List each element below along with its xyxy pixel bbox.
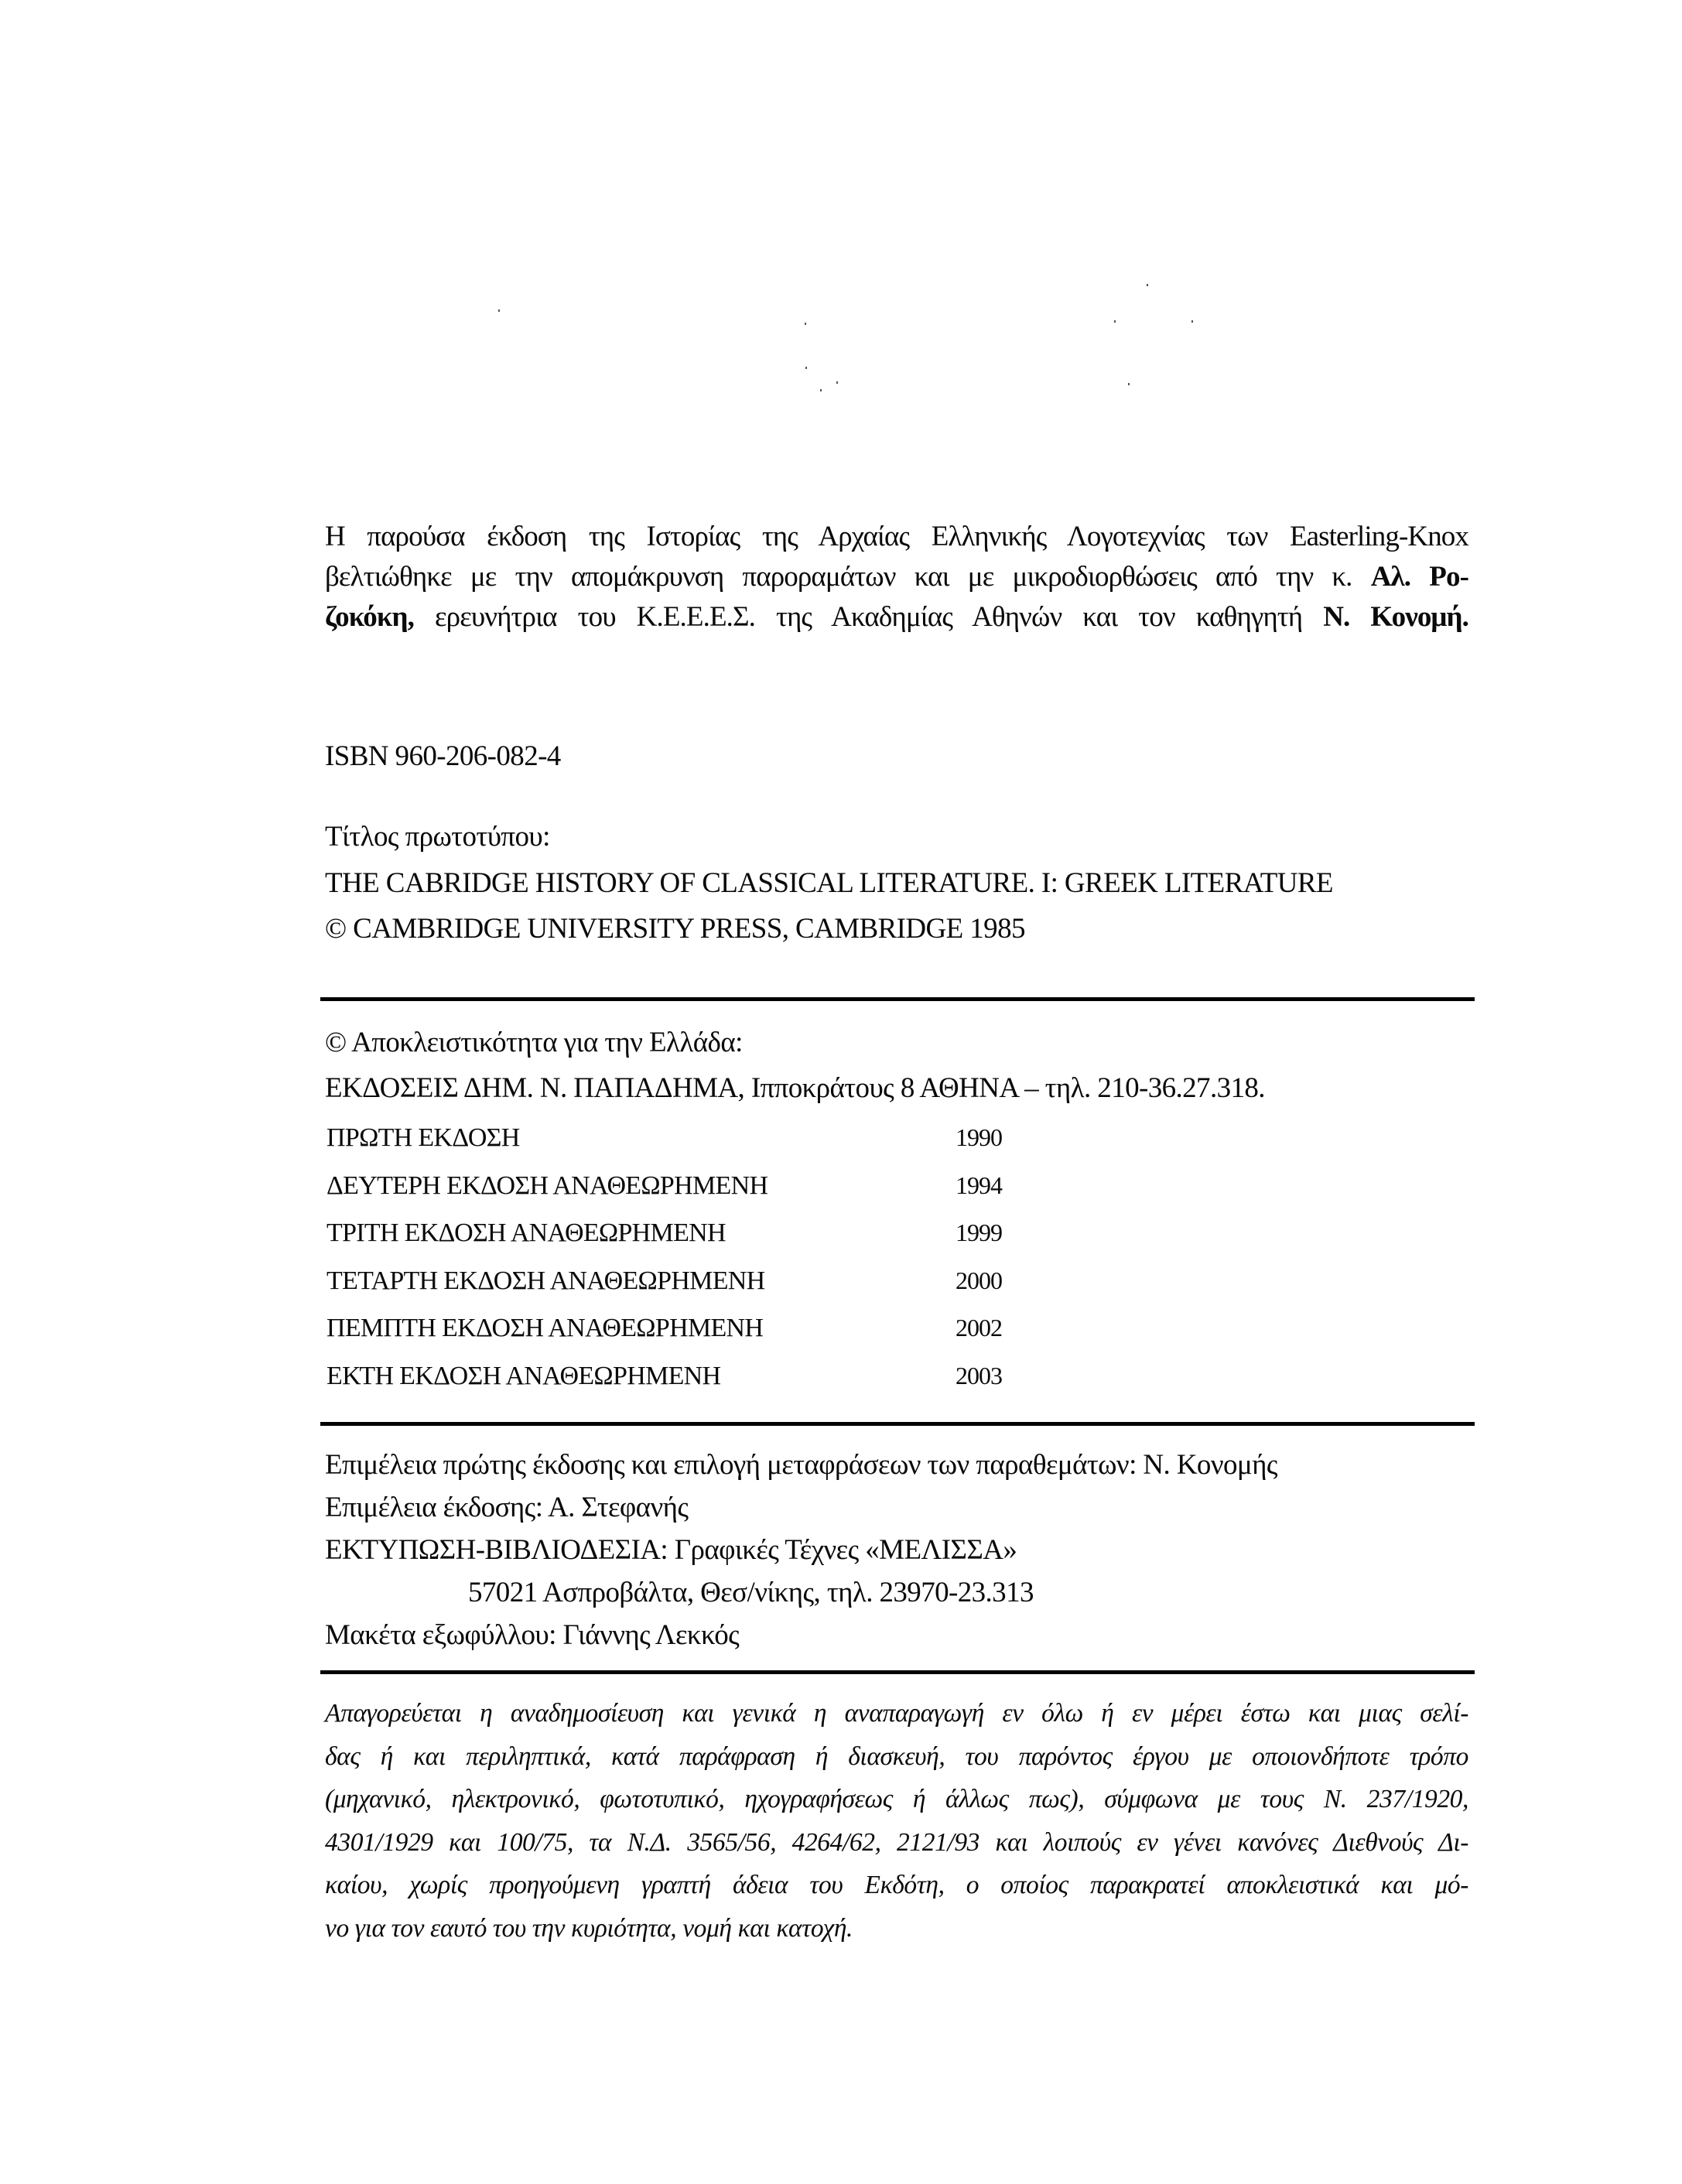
scan-speck (1191, 320, 1193, 323)
edition-name: ΔΕΥΤΕΡΗ ΕΚΔΟΣΗ ΑΝΑΘΕΩΡΗΜΕΝΗ (326, 1162, 767, 1210)
edition-row: ΠΡΩΤΗ ΕΚΔΟΣΗ 1990 (325, 1114, 1468, 1162)
divider-rule (320, 1422, 1475, 1426)
scan-speck (1147, 284, 1148, 286)
original-title-label: Τίτλος πρωτοτύπου: (325, 817, 1468, 857)
cover-design: Μακέτα εξωφύλλου: Γιάννης Λεκκός (325, 1614, 1468, 1656)
scan-speck (805, 367, 807, 369)
reviewer-name-part-1: Αλ. Ρο- (1371, 561, 1468, 593)
printing-address: 57021 Ασπροβάλτα, Θεσ/νίκης, τηλ. 23970-… (325, 1571, 1468, 1614)
edition-editor: Επιμέλεια έκδοσης: Α. Στεφανής (325, 1486, 1468, 1529)
intro-line-3: ζοκόκη, ερευνήτρια του Κ.Ε.Ε.Ε.Σ. της Ακ… (325, 597, 1468, 637)
notice-line: καίου, χωρίς προηγούμενη γραπτή άδεια το… (325, 1864, 1468, 1907)
reviewer-name-part-2: ζοκόκη, (325, 601, 414, 633)
first-edition-editor: Επιμέλεια πρώτης έκδοσης και επιλογή μετ… (325, 1444, 1468, 1486)
edition-year: 2000 (956, 1257, 1002, 1305)
printing-binding: ΕΚΤΥΠΩΣΗ-ΒΙΒΛΙΟΔΕΣΙΑ: Γραφικές Τέχνες «Μ… (325, 1529, 1468, 1571)
edition-row: ΤΡΙΤΗ ΕΚΔΟΣΗ ΑΝΑΘΕΩΡΗΜΕΝΗ 1999 (325, 1209, 1468, 1257)
edition-year: 1990 (956, 1114, 1002, 1162)
edition-year: 1999 (956, 1209, 1002, 1257)
edition-year: 1994 (956, 1162, 1002, 1210)
notice-line: Απαγορεύεται η αναδημοσίευση και γενικά … (325, 1692, 1468, 1735)
edition-name: ΕΚΤΗ ΕΚΔΟΣΗ ΑΝΑΘΕΩΡΗΜΕΝΗ (326, 1352, 720, 1400)
notice-line: 4301/1929 και 100/75, τα Ν.Δ. 3565/56, 4… (325, 1821, 1468, 1864)
scan-speck (805, 323, 806, 325)
scan-speck (1114, 320, 1116, 323)
notice-line: (μηχανικό, ηλεκτρονικό, φωτοτυπικό, ηχογ… (325, 1778, 1468, 1821)
editions-list: ΠΡΩΤΗ ΕΚΔΟΣΗ 1990 ΔΕΥΤΕΡΗ ΕΚΔΟΣΗ ΑΝΑΘΕΩΡ… (325, 1114, 1468, 1400)
professor-name: Ν. Κονομή. (1323, 601, 1468, 633)
edition-year: 2002 (956, 1304, 1002, 1352)
scan-speck (820, 389, 822, 391)
intro-line-2: βελτιώθηκε με την απομάκρυνση παροραμάτω… (325, 557, 1468, 597)
scan-speck (1128, 383, 1130, 385)
notice-line: δας ή και περιληπτικά, κατά παράφραση ή … (325, 1735, 1468, 1779)
edition-row: ΠΕΜΠΤΗ ΕΚΔΟΣΗ ΑΝΑΘΕΩΡΗΜΕΝΗ 2002 (325, 1304, 1468, 1352)
edition-name: ΠΕΜΠΤΗ ΕΚΔΟΣΗ ΑΝΑΘΕΩΡΗΜΕΝΗ (326, 1304, 763, 1352)
edition-name: ΠΡΩΤΗ ΕΚΔΟΣΗ (326, 1114, 520, 1162)
publisher-info: ΕΚΔΟΣΕΙΣ ΔΗΜ. Ν. ΠΑΠΑΔΗΜΑ, Ιπποκράτους 8… (325, 1068, 1468, 1109)
notice-line: νο για τον εαυτό του την κυριότητα, νομή… (325, 1907, 1468, 1950)
original-title: THE CABRIDGE HISTORY OF CLASSICAL LITERA… (325, 863, 1468, 904)
original-copyright: © CAMBRIDGE UNIVERSITY PRESS, CAMBRIDGE … (325, 909, 1468, 949)
divider-rule (320, 1670, 1475, 1674)
edition-year: 2003 (956, 1352, 1002, 1400)
edition-row: ΕΚΤΗ ΕΚΔΟΣΗ ΑΝΑΘΕΩΡΗΜΕΝΗ 2003 (325, 1352, 1468, 1400)
copyright-page: Η παρούσα έκδοση της Ιστορίας της Αρχαία… (0, 0, 1682, 2184)
legal-notice: Απαγορεύεται η αναδημοσίευση και γενικά … (325, 1692, 1468, 1950)
scan-speck (498, 309, 500, 312)
divider-rule (320, 997, 1475, 1001)
edition-row: ΔΕΥΤΕΡΗ ΕΚΔΟΣΗ ΑΝΑΘΕΩΡΗΜΕΝΗ 1994 (325, 1162, 1468, 1210)
edition-name: ΤΕΤΑΡΤΗ ΕΚΔΟΣΗ ΑΝΑΘΕΩΡΗΜΕΝΗ (326, 1257, 765, 1305)
intro-line-1: Η παρούσα έκδοση της Ιστορίας της Αρχαία… (325, 517, 1468, 557)
edition-name: ΤΡΙΤΗ ΕΚΔΟΣΗ ΑΝΑΘΕΩΡΗΜΕΝΗ (326, 1209, 726, 1257)
credits: Επιμέλεια πρώτης έκδοσης και επιλογή μετ… (325, 1444, 1468, 1656)
isbn: ISBN 960-206-082-4 (325, 737, 1468, 777)
scan-speck (836, 381, 838, 384)
rights-label: © Αποκλειστικότητα για την Ελλάδα: (325, 1023, 1468, 1063)
intro-line-2-text: βελτιώθηκε με την απομάκρυνση παροραμάτω… (325, 561, 1352, 593)
intro-line-3-text: ερευνήτρια του Κ.Ε.Ε.Ε.Σ. της Ακαδημίας … (414, 601, 1323, 633)
intro-paragraph: Η παρούσα έκδοση της Ιστορίας της Αρχαία… (325, 517, 1468, 637)
edition-row: ΤΕΤΑΡΤΗ ΕΚΔΟΣΗ ΑΝΑΘΕΩΡΗΜΕΝΗ 2000 (325, 1257, 1468, 1305)
